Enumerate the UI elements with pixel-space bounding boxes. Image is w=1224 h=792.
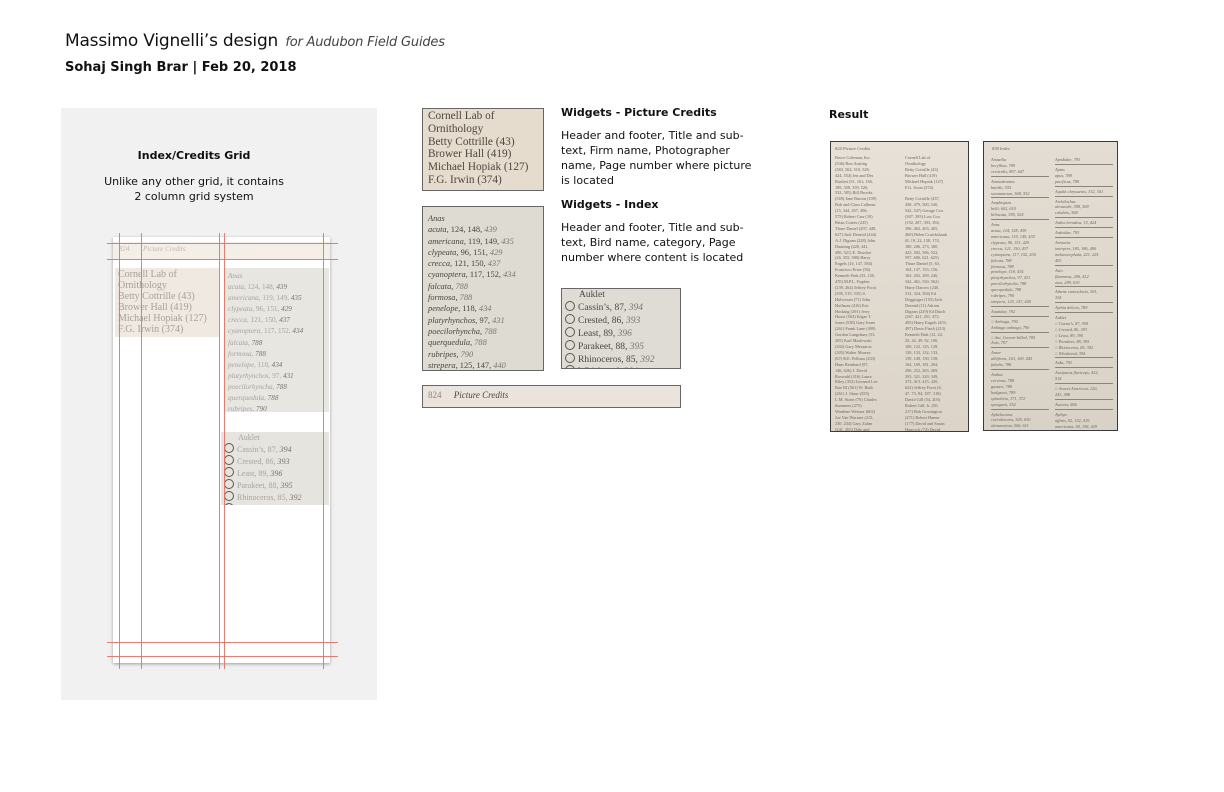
index-entry: penelope, 118, 434 (428, 303, 538, 314)
index-genus: Anas (228, 271, 325, 282)
index-page-ref: 437 (279, 316, 290, 324)
index-page-ref: 788 (255, 350, 266, 358)
auklet-entry: Cassin’s, 87, 394 (565, 301, 677, 314)
divider (1055, 227, 1113, 228)
auklet-title: Auklet (565, 290, 677, 301)
photographer-name: Brower Hall (419) (428, 148, 538, 161)
auklet-page-ref: 396 (270, 469, 282, 478)
document-title: Massimo Vignelli’s design for Audubon Fi… (65, 31, 445, 51)
divider (991, 219, 1049, 220)
index-entry: rubripes, 790 (428, 349, 538, 360)
index-page-ref: 431 (492, 316, 505, 325)
divider (1055, 286, 1113, 287)
firm-name: Cornell Lab of (428, 110, 538, 123)
checkbox-circle-icon (224, 479, 234, 489)
auklet-pages: 89, (258, 469, 270, 478)
index-entry: rubripes, 790 (228, 404, 325, 412)
index-entry: formosa, 788 (228, 349, 325, 360)
ghost-photographer: Betty Cottrille (43) (118, 291, 216, 302)
index-species: acuta, (228, 283, 248, 291)
index-page-ref: 788 (268, 394, 279, 402)
auklet-name: Crested, (578, 316, 612, 326)
divider (1055, 164, 1113, 165)
index-page-ref: 788 (484, 327, 497, 336)
index-page-ref: 788 (276, 383, 287, 391)
auklet-pages: 87, (268, 445, 280, 454)
ghost-photographer: Michael Hopiak (127) (118, 313, 216, 324)
checkbox-circle-icon (224, 443, 234, 453)
photo-text-line: Hancock (74) David (905, 427, 947, 432)
index-entry: poecilorhyncha, 788 (428, 326, 538, 337)
index-pages: 97, (480, 316, 493, 325)
result-label: Result (829, 108, 868, 121)
auklet-page-ref: 393 (277, 457, 289, 466)
photo-text-line: 241, 408 (1055, 392, 1113, 398)
auklet-entry: Whiskered, 394 (565, 365, 677, 369)
auklet-entry: Rhinoceros, 85, 392 (224, 491, 326, 503)
index-entry: crecca, 121, 150, 437 (228, 315, 325, 326)
index-entry: strepera, 125, 147, 440 (428, 360, 538, 371)
index-pages: 118, (462, 304, 478, 313)
divider (1055, 186, 1113, 187)
index-entry: penelope, 118, 434 (228, 360, 325, 371)
auklet-pages: 86, (612, 316, 626, 326)
index-species: cyanoptera, (428, 270, 470, 279)
auklet-page-ref: 395 (630, 342, 644, 352)
result-right-column-1: Amaziliaberyllina, 789verticalis, 897, 6… (991, 157, 1049, 431)
photo-text-line: 217) Bob Gossington (905, 409, 947, 415)
grid-panel-title: Index/Credits Grid (61, 149, 327, 162)
grid-auklet-overlay: AukletCassin’s, 87, 394Crested, 86, 393L… (221, 432, 329, 505)
index-page-ref: 439 (484, 225, 497, 234)
widget-index-title: Widgets - Index (561, 198, 659, 211)
auklet-pages: 89, (603, 329, 617, 339)
index-page-ref: 434 (272, 361, 283, 369)
divider (991, 369, 1049, 370)
photo-text-line: Auks, 792 (1055, 360, 1113, 366)
auklet-name: Whiskered, (578, 367, 624, 369)
divider (991, 176, 1049, 177)
divider (1055, 357, 1113, 358)
index-entry: crecca, 121, 150, 437 (428, 258, 538, 269)
photographer-name: Michael Hopiak (127) (428, 161, 538, 174)
index-entry: americana, 119, 149, 435 (228, 293, 325, 304)
auklet-pages: 88, (269, 481, 281, 490)
auklet-page-ref: 394 (280, 445, 292, 454)
index-page-ref: 790 (461, 350, 474, 359)
result-left-column-1: Bruce Coleman, Inc.(536) Ron Austing(383… (835, 155, 878, 432)
photo-text-line: (239, 264) Jeffrey Foott (835, 285, 878, 291)
index-species: crecca, (428, 259, 454, 268)
index-species: formosa, (428, 293, 460, 302)
grid-panel-description: Unlike any other grid, it contains 2 col… (61, 174, 327, 204)
photo-text-line: (67) R.E. Pelham (233) (835, 356, 878, 362)
divider (1055, 383, 1113, 384)
index-species: penelope, (228, 361, 258, 369)
divider (991, 197, 1049, 198)
auklet-name: Least, (237, 469, 258, 478)
checkbox-circle-icon (565, 365, 575, 369)
index-pages: 124, 148, (248, 283, 277, 291)
divider (1055, 367, 1113, 368)
index-entry: cyanoptera, 117, 152, 434 (228, 326, 325, 337)
photo-text-line: Joe Van Wormer (215, (835, 415, 878, 421)
auklet-page-ref: 394 (624, 367, 638, 369)
divider (1055, 265, 1113, 266)
index-entry: poecilorhyncha, 788 (228, 382, 325, 393)
index-page-ref: 434 (479, 304, 492, 313)
photographer-name: F.G. Irwin (374) (428, 174, 538, 187)
result-left-header: 824 Picture Credits (835, 146, 870, 152)
index-entry: clypeata, 96, 151, 429 (428, 247, 538, 258)
auklet-entry: Cassin’s, 87, 394 (224, 443, 326, 455)
photo-text-line: Aythia delicia, 789 (1055, 305, 1113, 311)
index-species: falcata, (428, 282, 455, 291)
index-clipping: Anasacuta, 124, 148, 439americana, 119, … (422, 206, 544, 371)
divider (991, 306, 1049, 307)
photo-text-line: otus, 289, 610 (1055, 280, 1113, 286)
auklet-entry: Rhinoceros, 85, 392 (565, 353, 677, 366)
index-species: strepera, (428, 361, 460, 370)
auklet-page-ref: 394 (629, 303, 643, 313)
index-species: falcata, (228, 339, 252, 347)
index-page-ref: 437 (488, 259, 501, 268)
index-entry: cyanoptera, 117, 152, 434 (428, 269, 538, 280)
index-page-ref: 429 (281, 305, 292, 313)
grid-page-header-title: Picture Credits (143, 245, 185, 253)
photo-text-line: Michael Hopiak (127) (905, 179, 947, 185)
auklet-entry: Least, 89, 396 (224, 467, 326, 479)
auklet-pages: 85, (626, 355, 640, 365)
photo-text-line: Degginger (155) Jack (905, 297, 947, 303)
index-page-ref: 431 (283, 372, 294, 380)
photo-text-line: 334 (1055, 295, 1113, 301)
photo-text-line: Anhinga anhinga, 790 (991, 325, 1049, 331)
photo-text-line: strepera, 125, 147, 440 (991, 299, 1049, 305)
auklet-clipping: AukletCassin’s, 87, 394Crested, 86, 393L… (561, 288, 681, 369)
photo-text-line: 424, 554) Jen and Des (835, 173, 878, 179)
photo-text-line: 460) Helen Cruickshank (905, 232, 947, 238)
photo-text-line: fabalis, 788 (991, 362, 1049, 368)
index-entry: clypeata, 96, 151, 429 (228, 304, 325, 315)
checkbox-circle-icon (565, 327, 575, 337)
photo-text-line: savannarum, 568, 552 (991, 191, 1049, 197)
index-species: rubripes, (428, 350, 461, 359)
photo-text-line: Ardea herodias, 15, 424 (1055, 220, 1113, 226)
firm-name-line2: Ornithology (428, 123, 538, 136)
grid-page-number: 824 (119, 245, 130, 253)
photo-text-line: 627) Jack Dermid (244) (835, 232, 878, 238)
index-pages: 119, 149, (468, 237, 501, 246)
photo-text-line: 403 (1055, 258, 1113, 264)
divider (991, 316, 1049, 317)
index-page-ref: 440 (493, 361, 506, 370)
grid-page-header: 824 Picture Credits (113, 242, 330, 259)
grid-index-overlay: Anasacuta, 124, 148, 439americana, 119, … (224, 268, 329, 412)
checkbox-circle-icon (224, 455, 234, 465)
auklet-page-ref: 393 (626, 316, 640, 326)
index-species: acuta, (428, 225, 451, 234)
grid-credits-overlay: Cornell Lab of Ornithology Betty Cottril… (115, 268, 219, 337)
auklet-name: Rhinoceros, (237, 493, 277, 502)
auklet-name: Cassin’s, (237, 445, 268, 454)
index-pages: 121, 150, (250, 316, 279, 324)
index-species: platyrhynchos, (428, 316, 480, 325)
photo-text-line: (177) David and Susan (905, 421, 947, 427)
index-page-ref: 435 (291, 294, 302, 302)
checkbox-circle-icon (565, 314, 575, 324)
checkbox-circle-icon (565, 340, 575, 350)
divider (991, 347, 1049, 348)
auklet-pages: 87, (614, 303, 628, 313)
index-species: cyanoptera, (228, 327, 264, 335)
divider (1055, 237, 1113, 238)
checkbox-circle-icon (224, 491, 234, 501)
result-right-column-2: Apodidae, 793Aptusapus, 788pacificus, 78… (1055, 157, 1113, 431)
ghost-photographer: F.G. Irwin (374) (118, 324, 216, 335)
photo-text-line: Wardene Weisser (602) (835, 409, 878, 415)
auklet-entry: Whiskered, 394 (224, 503, 326, 505)
footer-title: Picture Credits (454, 390, 509, 400)
auklet-name: Crested, (237, 457, 265, 466)
index-pages: 121, 150, (454, 259, 488, 268)
title-main: Massimo Vignelli’s design (65, 31, 278, 51)
widget-credits-description: Header and footer, Title and sub-text, F… (561, 128, 761, 188)
index-species: americana, (428, 237, 468, 246)
index-species: querquedula, (228, 394, 268, 402)
result-photo-index-page: 838 Index Amaziliaberyllina, 789vertical… (983, 141, 1118, 431)
divider (991, 409, 1049, 410)
divider (1055, 302, 1113, 303)
index-entry: platyrhynchos, 97, 431 (428, 315, 538, 326)
photo-text-line: Thase Daniel (297, 449, (835, 226, 878, 232)
auklet-name: Cassin’s, (578, 303, 614, 313)
index-entry: falcata, 788 (428, 281, 538, 292)
photo-text-line: Aquila chrysaetos, 332, 341 (1055, 189, 1113, 195)
index-page-ref: 788 (455, 282, 468, 291)
ghost-photographer: Brower Hall (419) (118, 302, 216, 313)
photo-text-line: 230, 234) Gary Zahm (835, 421, 878, 427)
index-page-ref: 788 (460, 293, 473, 302)
checkbox-circle-icon (565, 301, 575, 311)
grid-line-vertical (141, 233, 142, 669)
index-species: platyrhynchos, (228, 372, 272, 380)
index-page-ref: 434 (292, 327, 303, 335)
photo-text-line: Anis, 797 (991, 340, 1049, 346)
index-page-ref: 429 (490, 248, 503, 257)
photo-text-line: Ardeidae, 793 (1055, 230, 1113, 236)
auklet-title: Auklet (224, 433, 326, 443)
divider (1055, 409, 1113, 410)
result-photo-credits-page: 824 Picture Credits Bruce Coleman, Inc.(… (830, 141, 969, 432)
index-species: crecca, (228, 316, 250, 324)
index-pages: 118, (258, 361, 272, 369)
auklet-page-ref: 392 (289, 493, 301, 502)
grid-line-vertical (219, 233, 220, 669)
index-entry: querquedula, 788 (228, 393, 325, 404)
index-entry: acuta, 124, 148, 439 (228, 282, 325, 293)
index-species: rubripes, (228, 405, 256, 412)
auklet-page-ref: 395 (281, 481, 293, 490)
divider (1055, 196, 1113, 197)
grid-line-vertical (323, 233, 324, 669)
photo-text-line: spragueii, 552 (991, 402, 1049, 408)
photo-text-line: Bartlett (51, 161, 166, (835, 179, 878, 185)
grid-line-vertical (119, 233, 120, 669)
photo-text-line: verticalis, 897, 647 (991, 169, 1049, 175)
footer-page-number: 824 (428, 390, 442, 400)
index-entry: formosa, 788 (428, 292, 538, 303)
index-species: clypeata, (228, 305, 256, 313)
index-pages: 117, 152, (470, 270, 503, 279)
index-pages: 117, 152, (264, 327, 292, 335)
widget-index-description: Header and footer, Title and sub-text, B… (561, 220, 761, 265)
index-entry: platyrhynchos, 97, 431 (228, 371, 325, 382)
auklet-page-ref: 392 (640, 355, 654, 365)
photo-text-line: Avocets, 806 (1055, 402, 1113, 408)
auklet-entry: Crested, 86, 393 (224, 455, 326, 467)
photo-text-line: pacificus, 788 (1055, 179, 1113, 185)
index-entry: querquedula, 788 (428, 337, 538, 348)
index-page-ref: 435 (501, 237, 514, 246)
photo-text-line: (241, 265) Dale and (835, 427, 878, 432)
index-entry: americana, 119, 149, 435 (428, 236, 538, 247)
result-left-column-2: Cornell Lab ofOrnithologyBetty Cottrille… (905, 155, 947, 432)
index-species: querquedula, (428, 338, 474, 347)
photo-text-line: Anatidae, 792 (991, 309, 1049, 315)
index-species: americana, (228, 294, 262, 302)
photo-text-line: ultramarina, 506, 611 (991, 423, 1049, 429)
index-species: clypeata, (428, 248, 461, 257)
auklet-name: Parakeet, (578, 342, 615, 352)
index-pages: 96, 151, (461, 248, 490, 257)
picture-credits-clipping: Cornell Lab of Ornithology Betty Cottril… (422, 108, 544, 191)
auklet-page-ref: 396 (618, 329, 632, 339)
auklet-pages: 86, (265, 457, 277, 466)
auklet-name: Parakeet, (237, 481, 269, 490)
auklet-entry: Crested, 86, 393 (565, 314, 677, 327)
auklet-pages: 88, (615, 342, 629, 352)
footer-clipping: 824 Picture Credits (422, 385, 681, 408)
index-pages: 119, 149, (262, 294, 290, 302)
photo-text-line: bilineata, 595, 524 (991, 212, 1049, 218)
widget-credits-title: Widgets - Picture Credits (561, 106, 717, 119)
index-page-ref: 788 (252, 339, 263, 347)
index-pages: 124, 148, (451, 225, 485, 234)
index-page-ref: 790 (256, 405, 267, 412)
index-species: poecilorhyncha, (428, 327, 484, 336)
index-pages: 96, 151, (256, 305, 281, 313)
checkbox-circle-icon (224, 503, 234, 505)
photo-text-line: colubris, 568 (1055, 210, 1113, 216)
auklet-entry: Least, 89, 396 (565, 327, 677, 340)
auklet-pages: 85, (277, 493, 289, 502)
index-page-ref: 439 (276, 283, 287, 291)
grid-panel-description-line-1: Unlike any other grid, it contains (61, 174, 327, 189)
result-right-header: 838 Index (992, 146, 1010, 152)
photo-text-line: Apodidae, 793 (1055, 157, 1113, 163)
grid-panel-description-line-2: 2 column grid system (61, 189, 327, 204)
photo-text-line: collaris, 154, 427 (1055, 430, 1113, 431)
grid-line-vertical (224, 233, 225, 669)
index-species: poecilorhyncha, (228, 383, 276, 391)
ghost-firm: Cornell Lab of (118, 269, 216, 280)
author-date-line: Sohaj Singh Brar | Feb 20, 2018 (65, 60, 297, 75)
index-species: formosa, (228, 350, 255, 358)
photo-text-line: A.J. Dignan (228) John (835, 238, 878, 244)
index-page-ref: 434 (503, 270, 516, 279)
auklet-name: Least, (578, 329, 603, 339)
index-genus: Anas (428, 213, 538, 224)
divider (1055, 399, 1113, 400)
index-species: penelope, (428, 304, 462, 313)
auklet-name: Rhinoceros, (578, 355, 626, 365)
checkbox-circle-icon (565, 353, 575, 363)
auklet-entry: Parakeet, 88, 395 (565, 340, 677, 353)
index-entry: falcata, 788 (228, 338, 325, 349)
index-pages: 97, (272, 372, 283, 380)
ghost-firm-line2: Ornithology (118, 280, 216, 291)
index-pages: 125, 147, (460, 361, 494, 370)
index-entry: acuta, 124, 148, 439 (428, 224, 538, 235)
photo-text-line: ○ Whiskered, 394 (1055, 351, 1113, 357)
divider (991, 430, 1049, 431)
photographer-name: Betty Cottrille (43) (428, 136, 538, 149)
divider (1055, 312, 1113, 313)
divider (1055, 217, 1113, 218)
photo-text-line: 514 (1055, 376, 1113, 382)
index-page-ref: 788 (474, 338, 487, 347)
divider (991, 332, 1049, 333)
auklet-entry: Parakeet, 88, 395 (224, 479, 326, 491)
checkbox-circle-icon (224, 467, 234, 477)
title-subtitle: for Audubon Field Guides (285, 35, 444, 50)
